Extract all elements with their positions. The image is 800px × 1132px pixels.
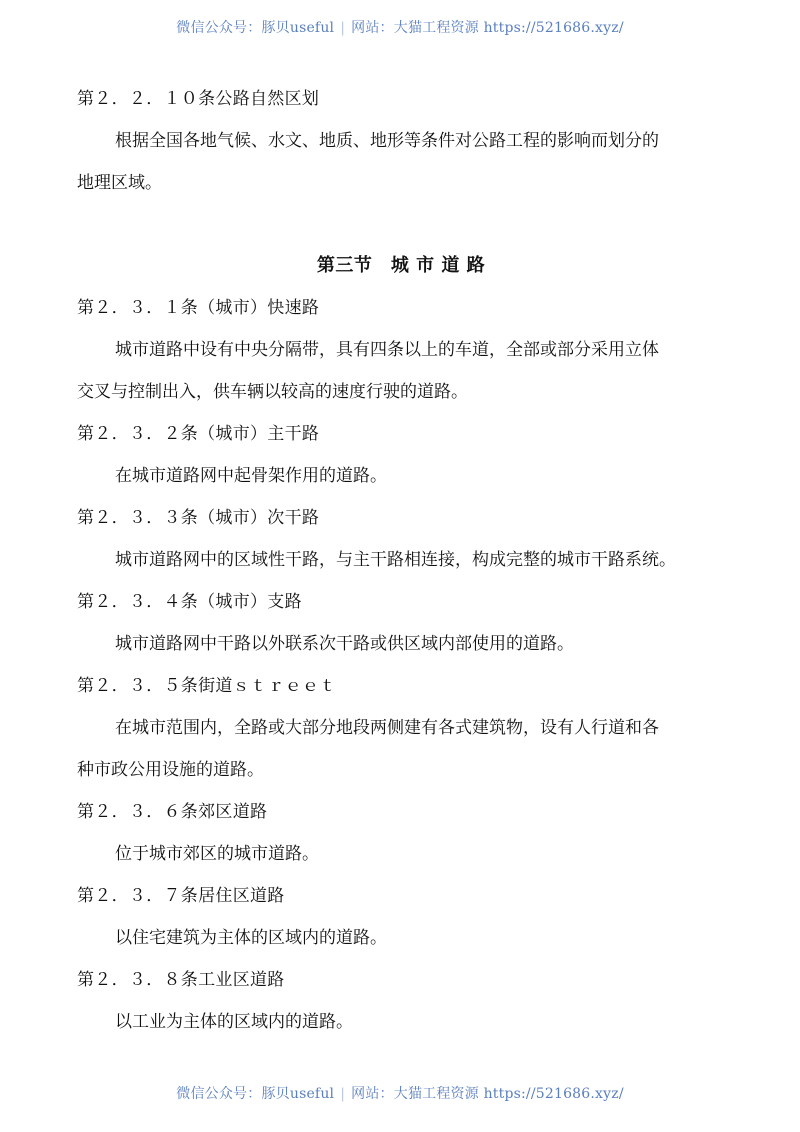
website-label: 网站：大猫工程资源 https://521686.xyz/ (351, 1086, 624, 1102)
article-body-2-3-1: 城市道路中设有中央分隔带，具有四条以上的车道，全部或部分采用立体 (115, 339, 659, 361)
article-body-2-3-3: 城市道路网中的区域性干路，与主干路相连接，构成完整的城市干路系统。 (115, 549, 676, 571)
article-heading-2-3-4: 第２．３．４条（城市）支路 (77, 591, 302, 613)
article-heading-2-3-7: 第２．３．７条居住区道路 (77, 885, 285, 907)
article-heading-2-2-10: 第２．２．１０条公路自然区划 (77, 88, 319, 110)
article-body-2-3-6: 位于城市郊区的城市道路。 (115, 843, 319, 865)
article-body-2-2-10: 根据全国各地气候、水文、地质、地形等条件对公路工程的影响而划分的 (115, 130, 659, 152)
article-heading-2-3-8: 第２．３．８条工业区道路 (77, 969, 285, 991)
article-body-2-3-5-cont: 种市政公用设施的道路。 (77, 759, 264, 781)
article-heading-2-3-1: 第２．３．１条（城市）快速路 (77, 297, 319, 319)
watermark-separator: | (340, 1086, 345, 1102)
website-label: 网站：大猫工程资源 https://521686.xyz/ (351, 20, 624, 36)
wechat-account-label: 微信公众号：豚贝useful (176, 20, 334, 36)
article-body-2-3-8: 以工业为主体的区域内的道路。 (115, 1011, 353, 1033)
article-body-2-3-4: 城市道路网中干路以外联系次干路或供区域内部使用的道路。 (115, 633, 574, 655)
article-body-2-3-5: 在城市范围内，全路或大部分地段两侧建有各式建筑物，设有人行道和各 (115, 717, 659, 739)
article-body-2-3-7: 以住宅建筑为主体的区域内的道路。 (115, 927, 387, 949)
footer-watermark: 微信公众号：豚贝useful|网站：大猫工程资源 https://521686.… (0, 1083, 800, 1103)
section-title-3: 第三节 城 市 道 路 (77, 254, 725, 278)
article-heading-2-3-2: 第２．３．２条（城市）主干路 (77, 423, 319, 445)
article-heading-2-3-3: 第２．３．３条（城市）次干路 (77, 507, 319, 529)
article-body-2-3-2: 在城市道路网中起骨架作用的道路。 (115, 465, 387, 487)
article-heading-2-3-5: 第２．３．５条街道ｓｔｒｅｅｔ (77, 675, 337, 697)
article-heading-2-3-6: 第２．３．６条郊区道路 (77, 801, 267, 823)
watermark-separator: | (340, 20, 345, 36)
article-body-2-2-10-cont: 地理区域。 (77, 172, 162, 194)
header-watermark: 微信公众号：豚贝useful|网站：大猫工程资源 https://521686.… (0, 17, 800, 37)
article-body-2-3-1-cont: 交叉与控制出入，供车辆以较高的速度行驶的道路。 (77, 381, 468, 403)
wechat-account-label: 微信公众号：豚贝useful (176, 1086, 334, 1102)
